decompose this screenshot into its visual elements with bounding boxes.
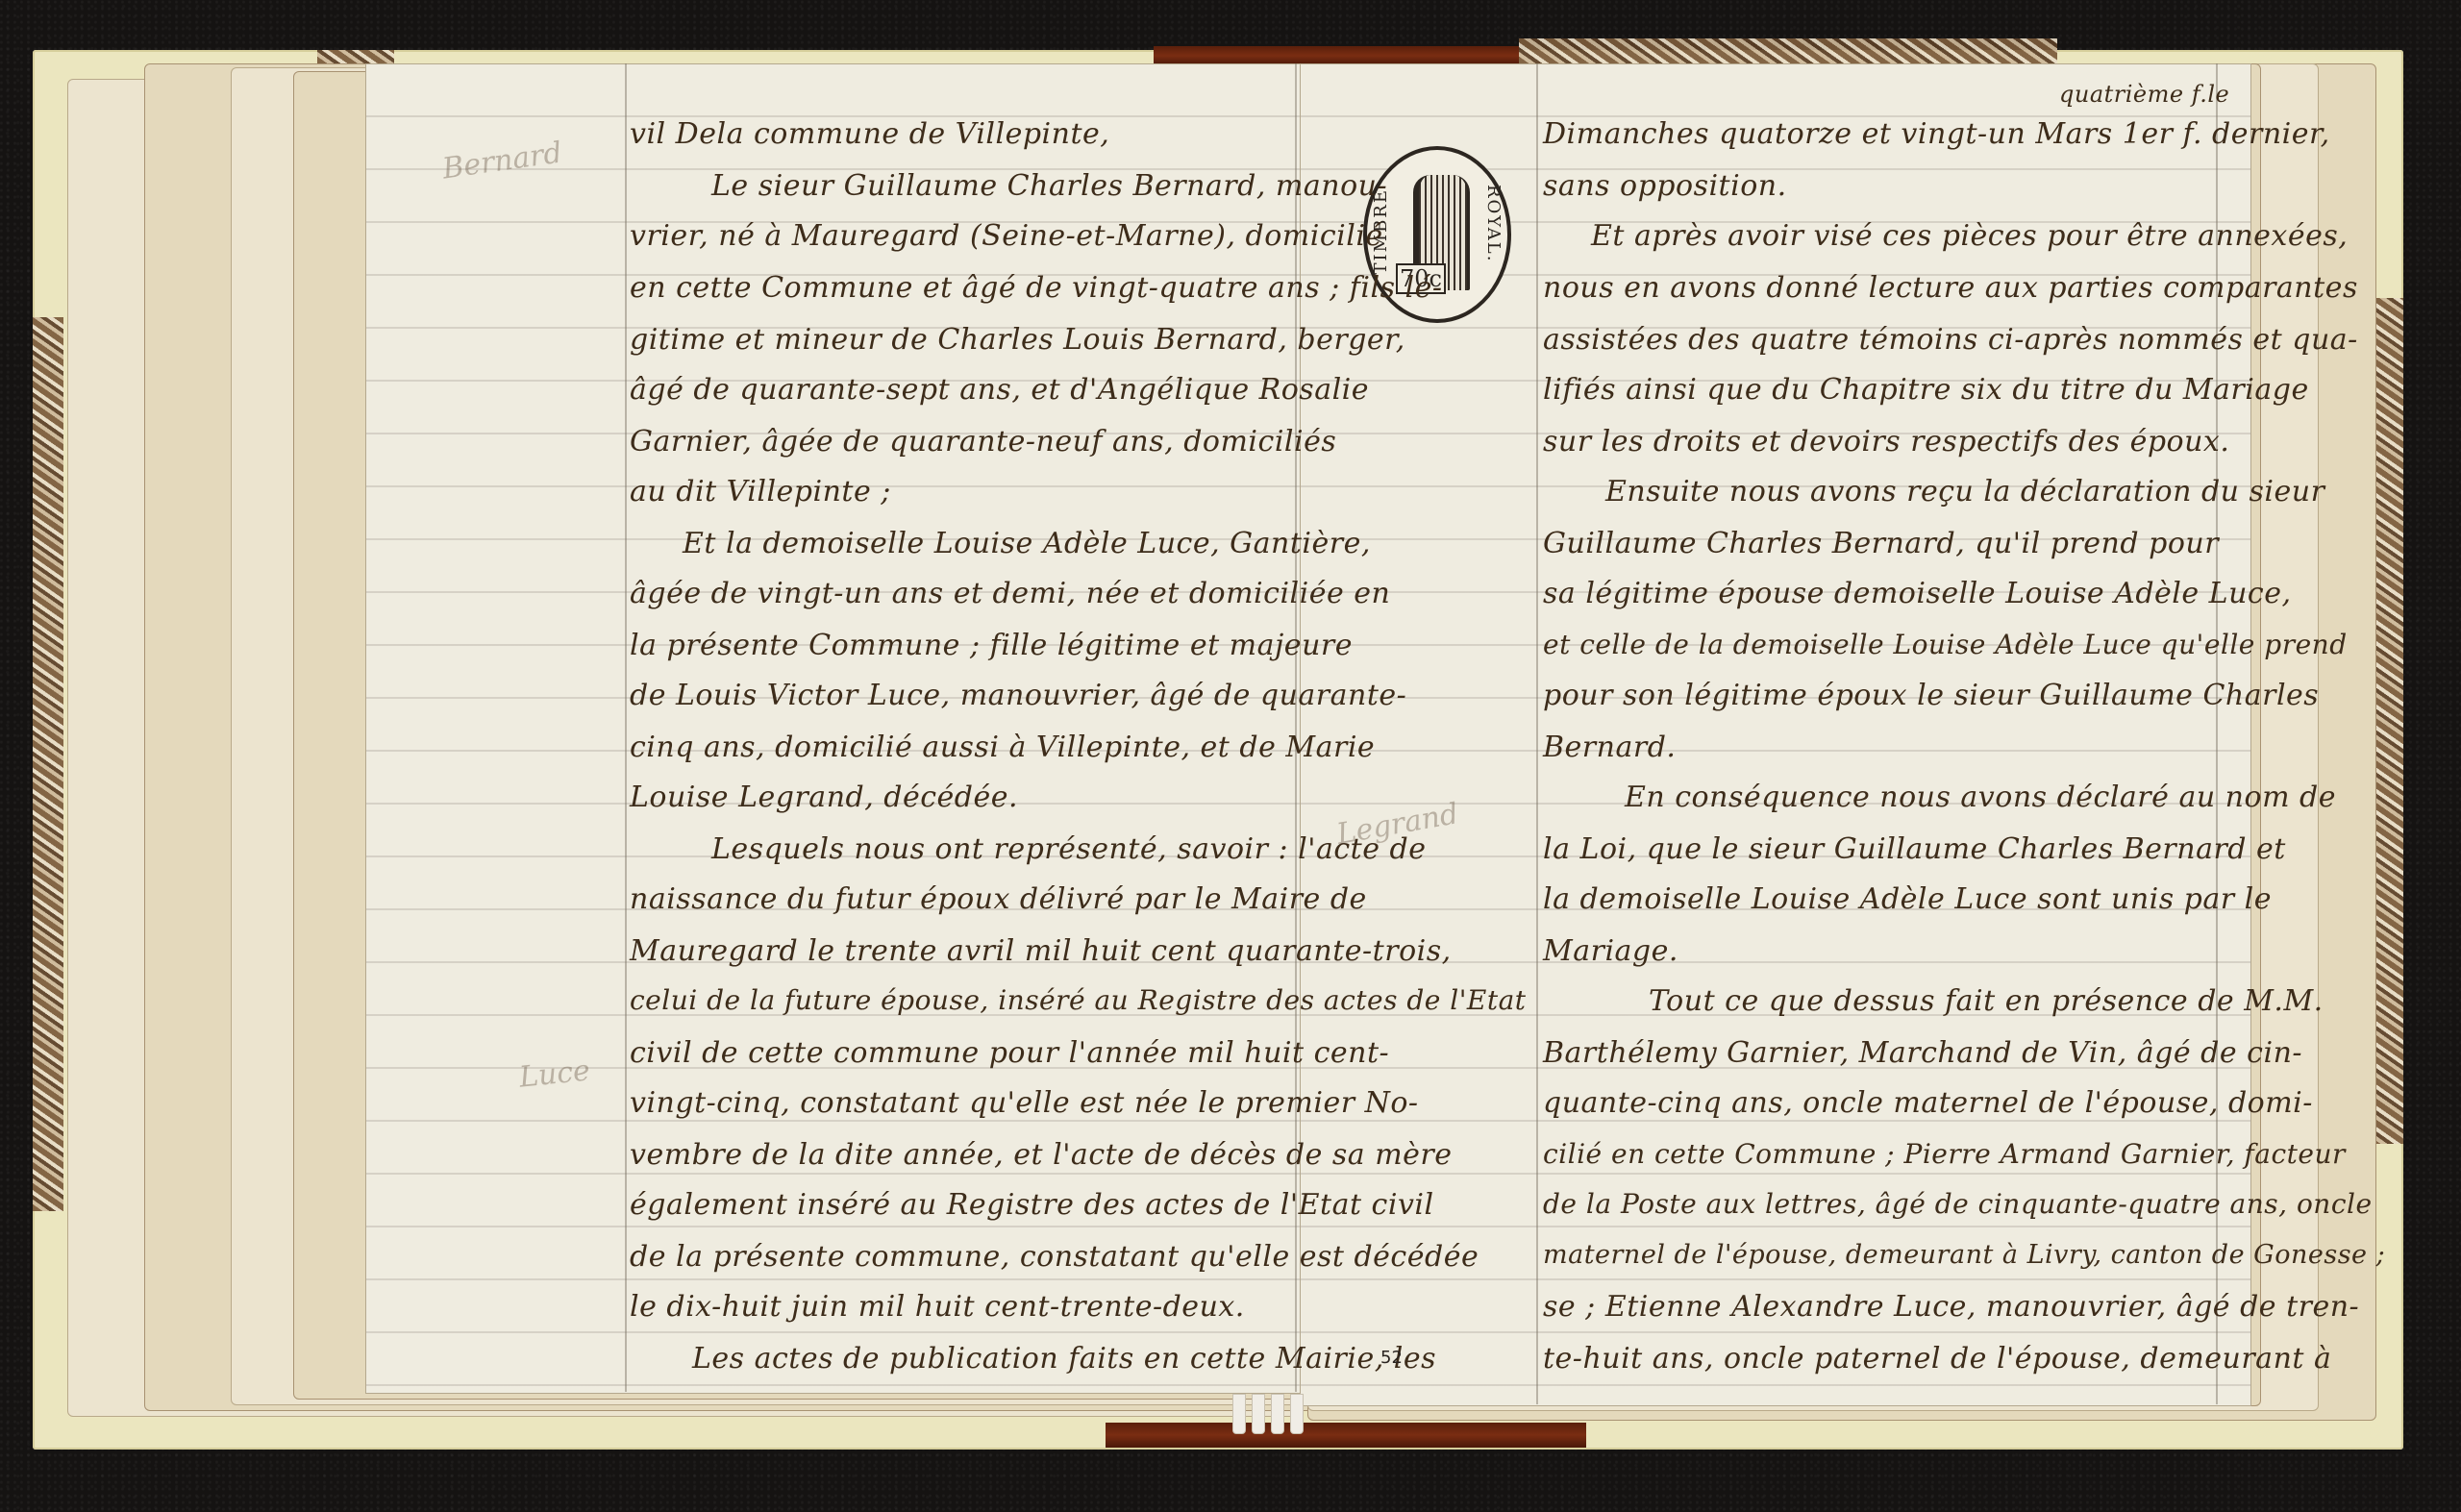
text-line: vil Dela commune de Villepinte, — [630, 117, 1109, 151]
text-line: pour son légitime époux le sieur Guillau… — [1543, 679, 2319, 712]
text-line: Et après avoir visé ces pièces pour être… — [1591, 219, 2348, 253]
text-line: nous en avons donné lecture aux parties … — [1543, 271, 2358, 305]
binding-tape — [1252, 1394, 1265, 1434]
text-line: âgée de vingt-un ans et demi, née et dom… — [630, 577, 1390, 610]
text-line: vrier, né à Mauregard (Seine-et-Marne), … — [630, 219, 1383, 253]
text-line: lifiés ainsi que du Chapitre six du titr… — [1543, 373, 2309, 407]
marbled-board-top-center — [1519, 38, 2057, 63]
text-line: Louise Legrand, décédée. — [630, 781, 1018, 814]
text-line: naissance du futur époux délivré par le … — [630, 882, 1367, 916]
page-number: 52 — [1380, 1348, 1403, 1368]
text-line: de la Poste aux lettres, âgé de cinquant… — [1543, 1188, 2373, 1220]
text-line: gitime et mineur de Charles Louis Bernar… — [630, 323, 1405, 357]
text-line: et celle de la demoiselle Louise Adèle L… — [1543, 629, 2348, 660]
spine-top — [1154, 46, 1519, 65]
text-line: la présente Commune ; fille légitime et … — [630, 629, 1353, 662]
text-line: En conséquence nous avons déclaré au nom… — [1625, 781, 2336, 814]
text-line: celui de la future épouse, inséré au Reg… — [630, 984, 1527, 1016]
text-line: Guillaume Charles Bernard, qu'il prend p… — [1543, 527, 2219, 560]
text-line: âgé de quarante-sept ans, et d'Angélique… — [630, 373, 1369, 407]
text-line: Lesquels nous ont représenté, savoir : l… — [711, 832, 1426, 866]
marbled-board-top-left — [317, 50, 394, 63]
text-line: Le sieur Guillaume Charles Bernard, mano… — [711, 169, 1387, 203]
text-line: cilié en cette Commune ; Pierre Armand G… — [1543, 1138, 2346, 1170]
text-line: maternel de l'épouse, demeurant à Livry,… — [1543, 1240, 2385, 1270]
text-line: Barthélemy Garnier, Marchand de Vin, âgé… — [1543, 1036, 2302, 1070]
text-line: la Loi, que le sieur Guillaume Charles B… — [1543, 832, 2286, 866]
spine-bottom — [1106, 1423, 1586, 1448]
text-line: se ; Etienne Alexandre Luce, manouvrier,… — [1543, 1290, 2359, 1324]
text-line: civil de cette commune pour l'année mil … — [630, 1036, 1389, 1070]
text-line: de la présente commune, constatant qu'el… — [630, 1240, 1479, 1274]
text-line: vingt-cinq, constatant qu'elle est née l… — [630, 1086, 1419, 1120]
text-line: Et la demoiselle Louise Adèle Luce, Gant… — [683, 527, 1371, 560]
text-line: Dimanches quatorze et vingt-un Mars 1er … — [1543, 117, 2330, 151]
binding-tape — [1232, 1394, 1246, 1434]
text-line: assistées des quatre témoins ci-après no… — [1543, 323, 2358, 357]
text-line: quante-cinq ans, oncle maternel de l'épo… — [1543, 1086, 2313, 1120]
stamp-right-text: ROYAL. — [1483, 185, 1504, 262]
text-line: également inséré au Registre des actes d… — [630, 1188, 1434, 1222]
text-line: au dit Villepinte ; — [630, 475, 891, 508]
text-line: Ensuite nous avons reçu la déclaration d… — [1605, 475, 2324, 508]
text-line: Les actes de publication faits en cette … — [692, 1342, 1436, 1376]
text-line: de Louis Victor Luce, manouvrier, âgé de… — [630, 679, 1406, 712]
text-line: te-huit ans, oncle paternel de l'épouse,… — [1543, 1342, 2331, 1376]
marbled-board-left-edge — [33, 317, 63, 1211]
text-line: la demoiselle Louise Adèle Luce sont uni… — [1543, 882, 2272, 916]
text-line: sur les droits et devoirs respectifs des… — [1543, 425, 2229, 459]
text-line: vembre de la dite année, et l'acte de dé… — [630, 1138, 1453, 1172]
text-line: Mariage. — [1543, 934, 1678, 968]
text-line: le dix-huit juin mil huit cent-trente-de… — [630, 1290, 1245, 1324]
left-page-margin-rule — [625, 63, 627, 1392]
text-line: Mauregard le trente avril mil huit cent … — [630, 934, 1452, 968]
text-line: Tout ce que dessus fait en présence de M… — [1649, 984, 2324, 1018]
right-page-margin-rule — [1536, 63, 1538, 1404]
text-line: cinq ans, domicilié aussi à Villepinte, … — [630, 731, 1375, 764]
text-line: en cette Commune et âgé de vingt-quatre … — [630, 271, 1442, 305]
binding-tape — [1271, 1394, 1284, 1434]
text-line: sa légitime épouse demoiselle Louise Adè… — [1543, 577, 2292, 610]
folio-note: quatrième f.le — [2059, 81, 2229, 108]
text-line: Bernard. — [1543, 731, 1676, 764]
binding-tape — [1290, 1394, 1304, 1434]
text-line: Garnier, âgée de quarante-neuf ans, domi… — [630, 425, 1336, 459]
text-line: sans opposition. — [1543, 169, 1787, 203]
